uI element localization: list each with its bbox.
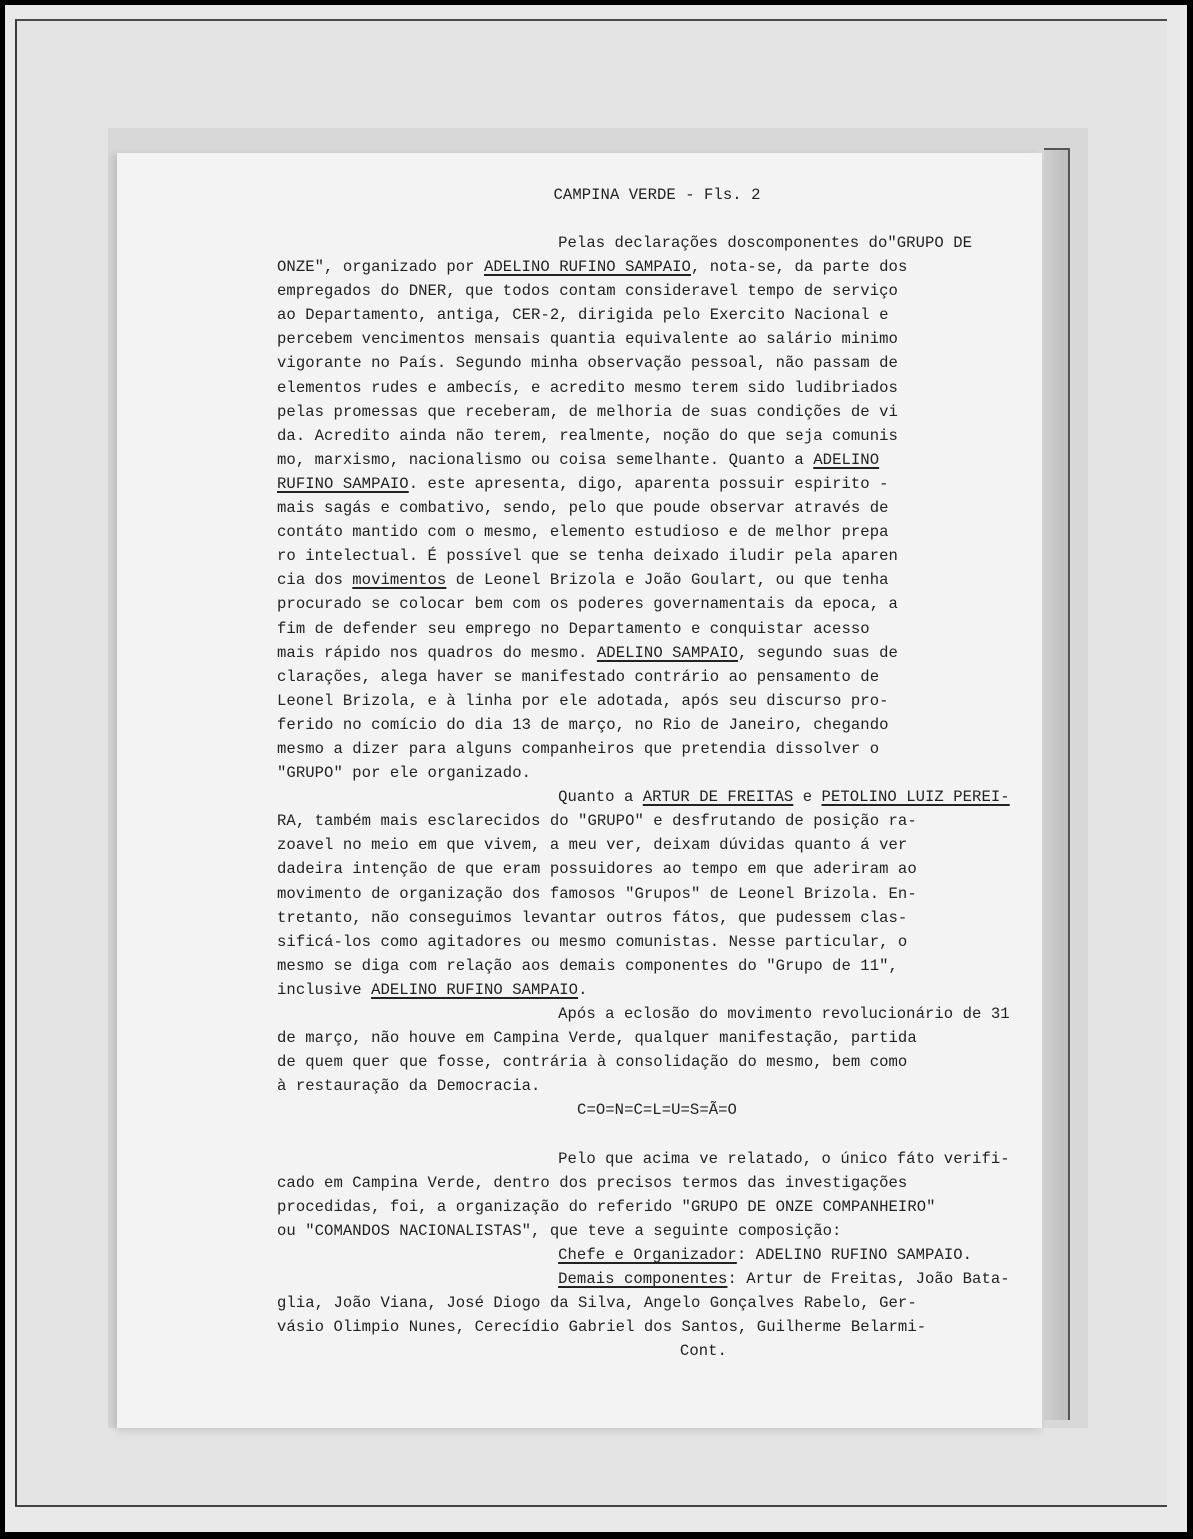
text-segment: Pelo que acima ve relatado, o único fáto…	[558, 1150, 1010, 1168]
text-line: ro intelectual. É possível que se tenha …	[277, 544, 1037, 568]
text-segment: clarações, alega haver se manifestado co…	[277, 668, 879, 686]
text-line: glia, João Viana, José Diogo da Silva, A…	[277, 1291, 1037, 1315]
text-segment: mesmo a dizer para alguns companheiros q…	[277, 740, 879, 758]
text-line: contáto mantido com o mesmo, elemento es…	[277, 520, 1037, 544]
text-segment: ferido no comício do dia 13 de março, no…	[277, 716, 889, 734]
text-segment: elementos rudes e ambecís, e acredito me…	[277, 379, 898, 397]
underlined-text: ADELINO RUFINO SAMPAIO	[371, 981, 578, 999]
text-segment: , nota-se, da parte dos	[691, 258, 907, 276]
text-segment: e	[793, 788, 821, 806]
text-segment: Leonel Brizola, e à linha por ele adotad…	[277, 692, 889, 710]
text-line: mais rápido nos quadros do mesmo. ADELIN…	[277, 641, 1037, 665]
text-segment: glia, João Viana, José Diogo da Silva, A…	[277, 1294, 917, 1312]
text-line: Quanto a ARTUR DE FREITAS e PETOLINO LUI…	[277, 785, 1037, 809]
text-segment: pelas promessas que receberam, de melhor…	[277, 403, 898, 421]
blank-line	[277, 1122, 1037, 1146]
document-body: Pelas declarações doscomponentes do"GRUP…	[277, 231, 1037, 1363]
text-line: Demais componentes: Artur de Freitas, Jo…	[277, 1267, 1037, 1291]
underlined-text: ARTUR DE FREITAS	[643, 788, 794, 806]
document-page: CAMPINA VERDE - Fls. 2 Pelas declarações…	[117, 153, 1042, 1428]
text-line: dadeira intenção de que eram possuidores…	[277, 857, 1037, 881]
text-segment: de março, não houve em Campina Verde, qu…	[277, 1029, 917, 1047]
text-line: RA, também mais esclarecidos do "GRUPO" …	[277, 809, 1037, 833]
text-line: Pelo que acima ve relatado, o único fáto…	[277, 1147, 1037, 1171]
text-segment: Cont.	[680, 1342, 727, 1360]
text-segment: "GRUPO" por ele organizado.	[277, 764, 531, 782]
text-line: Após a eclosão do movimento revolucionár…	[277, 1002, 1037, 1026]
text-segment: de quem quer que fosse, contrária à cons…	[277, 1053, 907, 1071]
text-segment: cia dos	[277, 571, 352, 589]
text-segment: . este apresenta, digo, aparenta possuir…	[409, 475, 889, 493]
text-line: Cont.	[277, 1339, 1037, 1363]
text-segment: vigorante no País. Segundo minha observa…	[277, 354, 898, 372]
text-segment: Pelas declarações doscomponentes do"GRUP…	[558, 234, 972, 252]
text-segment: de Leonel Brizola e João Goulart, ou que…	[446, 571, 888, 589]
underlined-text: PETOLINO LUIZ PEREI-	[822, 788, 1010, 806]
underlined-text: RUFINO SAMPAIO	[277, 475, 409, 493]
underlined-text: Demais componentes	[558, 1270, 727, 1288]
text-line: cia dos movimentos de Leonel Brizola e J…	[277, 568, 1037, 592]
text-segment: da. Acredito ainda não terem, realmente,…	[277, 427, 898, 445]
text-line: fim de defender seu emprego no Departame…	[277, 617, 1037, 641]
page-backing-edge	[1044, 148, 1070, 1420]
text-line: Leonel Brizola, e à linha por ele adotad…	[277, 689, 1037, 713]
underlined-text: movimentos	[352, 571, 446, 589]
underlined-text: ADELINO	[813, 451, 879, 469]
text-segment: mesmo se diga com relação aos demais com…	[277, 957, 898, 975]
text-line: mo, marxismo, nacionalismo ou coisa seme…	[277, 448, 1037, 472]
text-segment: .	[578, 981, 587, 999]
text-segment: : ADELINO RUFINO SAMPAIO.	[737, 1246, 972, 1264]
text-line: mesmo se diga com relação aos demais com…	[277, 954, 1037, 978]
text-line: cado em Campina Verde, dentro dos precis…	[277, 1171, 1037, 1195]
text-line: elementos rudes e ambecís, e acredito me…	[277, 376, 1037, 400]
text-segment: empregados do DNER, que todos contam con…	[277, 282, 898, 300]
text-segment: procedidas, foi, a organização do referi…	[277, 1198, 936, 1216]
text-line: da. Acredito ainda não terem, realmente,…	[277, 424, 1037, 448]
text-segment: zoavel no meio em que vivem, a meu ver, …	[277, 836, 907, 854]
text-line: Pelas declarações doscomponentes do"GRUP…	[277, 231, 1037, 255]
text-line: de quem quer que fosse, contrária à cons…	[277, 1050, 1037, 1074]
text-line: ou "COMANDOS NACIONALISTAS", que teve a …	[277, 1219, 1037, 1243]
text-segment: inclusive	[277, 981, 371, 999]
text-line: tretanto, não conseguimos levantar outro…	[277, 906, 1037, 930]
page-header: CAMPINA VERDE - Fls. 2	[277, 183, 1037, 207]
text-line: zoavel no meio em que vivem, a meu ver, …	[277, 833, 1037, 857]
text-line: à restauração da Democracia.	[277, 1074, 1037, 1098]
text-line: vásio Olimpio Nunes, Cerecídio Gabriel d…	[277, 1315, 1037, 1339]
text-segment: ou "COMANDOS NACIONALISTAS", que teve a …	[277, 1222, 841, 1240]
text-line: mesmo a dizer para alguns companheiros q…	[277, 737, 1037, 761]
text-segment: à restauração da Democracia.	[277, 1077, 540, 1095]
underlined-text: Chefe e Organizador	[558, 1246, 737, 1264]
text-line: clarações, alega haver se manifestado co…	[277, 665, 1037, 689]
text-segment: movimento de organização dos famosos "Gr…	[277, 885, 917, 903]
text-segment: mais rápido nos quadros do mesmo.	[277, 644, 597, 662]
text-segment: , segundo suas de	[738, 644, 898, 662]
text-line: Chefe e Organizador: ADELINO RUFINO SAMP…	[277, 1243, 1037, 1267]
text-segment: dadeira intenção de que eram possuidores…	[277, 860, 917, 878]
text-line: C=O=N=C=L=U=S=Ã=O	[277, 1098, 1037, 1122]
text-segment: ao Departamento, antiga, CER-2, dirigida…	[277, 306, 889, 324]
text-line: percebem vencimentos mensais quantia equ…	[277, 327, 1037, 351]
text-segment: ONZE", organizado por	[277, 258, 484, 276]
text-line: RUFINO SAMPAIO. este apresenta, digo, ap…	[277, 472, 1037, 496]
text-line: vigorante no País. Segundo minha observa…	[277, 351, 1037, 375]
text-segment: mo, marxismo, nacionalismo ou coisa seme…	[277, 451, 813, 469]
text-line: "GRUPO" por ele organizado.	[277, 761, 1037, 785]
text-line: inclusive ADELINO RUFINO SAMPAIO.	[277, 978, 1037, 1002]
text-line: pelas promessas que receberam, de melhor…	[277, 400, 1037, 424]
text-segment: contáto mantido com o mesmo, elemento es…	[277, 523, 889, 541]
text-segment: procurado se colocar bem com os poderes …	[277, 595, 898, 613]
text-segment: cado em Campina Verde, dentro dos precis…	[277, 1174, 907, 1192]
text-segment: tretanto, não conseguimos levantar outro…	[277, 909, 907, 927]
text-segment: mais sagás e combativo, sendo, pelo que …	[277, 499, 889, 517]
text-line: movimento de organização dos famosos "Gr…	[277, 882, 1037, 906]
text-segment: fim de defender seu emprego no Departame…	[277, 620, 870, 638]
text-segment: : Artur de Freitas, João Bata-	[727, 1270, 1009, 1288]
text-line: de março, não houve em Campina Verde, qu…	[277, 1026, 1037, 1050]
text-line: mais sagás e combativo, sendo, pelo que …	[277, 496, 1037, 520]
text-segment: C=O=N=C=L=U=S=Ã=O	[577, 1101, 737, 1119]
text-line: procedidas, foi, a organização do referi…	[277, 1195, 1037, 1219]
text-segment: Quanto a	[558, 788, 643, 806]
text-line: empregados do DNER, que todos contam con…	[277, 279, 1037, 303]
text-line: ao Departamento, antiga, CER-2, dirigida…	[277, 303, 1037, 327]
text-line: ferido no comício do dia 13 de março, no…	[277, 713, 1037, 737]
text-segment: vásio Olimpio Nunes, Cerecídio Gabriel d…	[277, 1318, 926, 1336]
underlined-text: ADELINO SAMPAIO	[597, 644, 738, 662]
text-line: ONZE", organizado por ADELINO RUFINO SAM…	[277, 255, 1037, 279]
text-segment: percebem vencimentos mensais quantia equ…	[277, 330, 898, 348]
underlined-text: ADELINO RUFINO SAMPAIO	[484, 258, 691, 276]
text-line: sificá-los como agitadores ou mesmo comu…	[277, 930, 1037, 954]
text-segment: sificá-los como agitadores ou mesmo comu…	[277, 933, 907, 951]
text-segment: RA, também mais esclarecidos do "GRUPO" …	[277, 812, 917, 830]
text-line: procurado se colocar bem com os poderes …	[277, 592, 1037, 616]
text-segment: ro intelectual. É possível que se tenha …	[277, 547, 898, 565]
text-segment: Após a eclosão do movimento revolucionár…	[558, 1005, 1010, 1023]
